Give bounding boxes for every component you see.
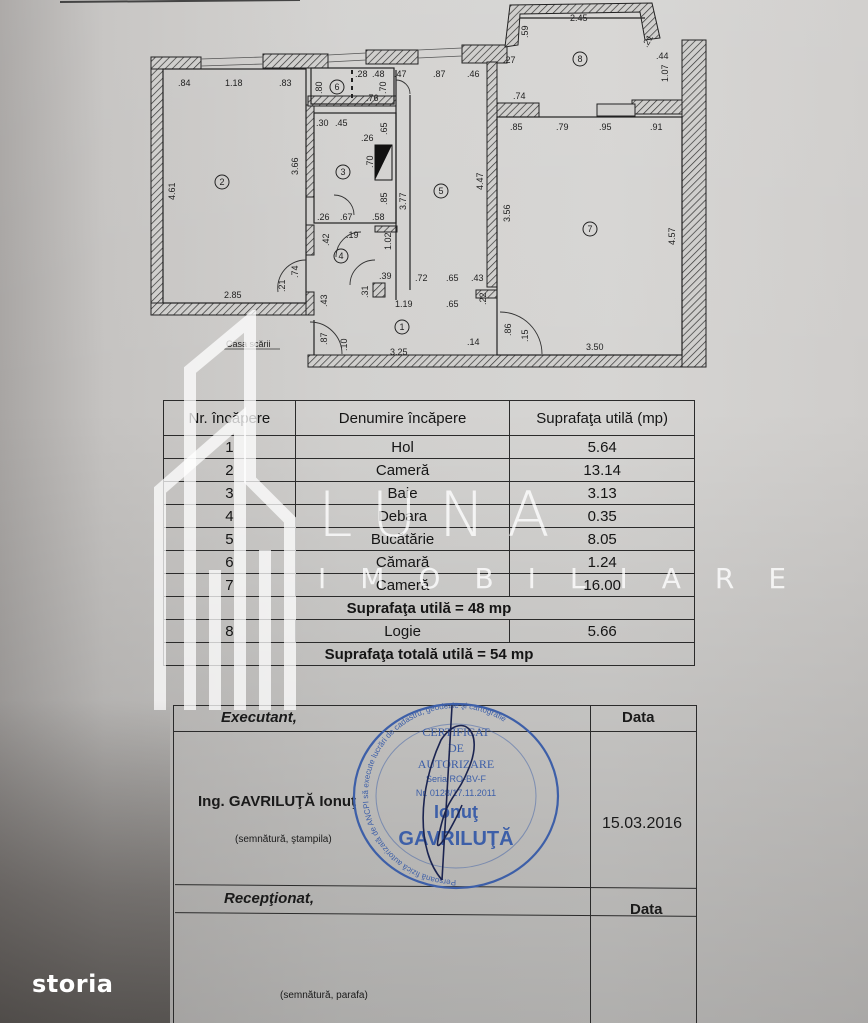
svg-text:1.18: 1.18	[225, 78, 243, 88]
svg-text:.79: .79	[556, 122, 569, 132]
room-1-label: 1	[399, 322, 404, 332]
svg-text:.21: .21	[277, 279, 287, 292]
svg-text:.39: .39	[379, 271, 392, 281]
svg-text:.87: .87	[433, 69, 446, 79]
svg-text:2.45: 2.45	[570, 13, 588, 23]
svg-text:.80: .80	[314, 81, 324, 94]
room-2-label: 2	[219, 177, 224, 187]
svg-text:3.77: 3.77	[398, 192, 408, 210]
room-4-label: 4	[338, 251, 343, 261]
svg-text:.65: .65	[446, 299, 459, 309]
svg-text:.14: .14	[467, 337, 480, 347]
svg-text:4.57: 4.57	[667, 227, 677, 245]
svg-text:.87: .87	[319, 332, 329, 345]
svg-text:.72: .72	[415, 273, 428, 283]
date-label-2: Data	[630, 901, 663, 918]
executant-note: (semnătură, ştampila)	[235, 834, 332, 845]
svg-text:.26: .26	[361, 133, 374, 143]
receptionat-label: Recepţionat,	[224, 890, 314, 907]
svg-text:3.25: 3.25	[390, 347, 408, 357]
date-label: Data	[622, 709, 655, 726]
room-3-label: 3	[340, 167, 345, 177]
header-area: Suprafaţa utilă (mp)	[510, 401, 695, 436]
svg-text:Seria RO-BV-F: Seria RO-BV-F	[426, 774, 487, 784]
svg-text:.83: .83	[279, 78, 292, 88]
svg-text:1.02: 1.02	[383, 232, 393, 250]
svg-text:.85: .85	[510, 122, 523, 132]
official-stamp: Persoană fizică autorizată de ANCPI să e…	[346, 700, 566, 896]
svg-text:AUTORIZARE: AUTORIZARE	[418, 757, 494, 771]
room-area-cell: 5.64	[510, 436, 695, 459]
svg-text:.27: .27	[503, 55, 516, 65]
room-8-label: 8	[577, 54, 582, 64]
svg-text:.95: .95	[599, 122, 612, 132]
svg-text:.42: .42	[321, 233, 331, 246]
floor-plan: 2 3 4 5 6 7 8 1 .84 1.18 .83 4.61 3.66 2…	[0, 0, 868, 400]
svg-text:.46: .46	[467, 69, 480, 79]
room-name-cell: Hol	[295, 436, 510, 459]
room-6-label: 6	[334, 82, 339, 92]
receptionat-note: (semnătură, parafa)	[280, 990, 368, 1001]
svg-text:.76: .76	[366, 93, 379, 103]
svg-text:.74: .74	[290, 265, 300, 278]
svg-text:.31: .31	[360, 285, 370, 298]
storia-logo: storia	[32, 970, 114, 998]
svg-text:2.85: 2.85	[224, 290, 242, 300]
svg-text:.86: .86	[503, 323, 513, 336]
svg-text:.65: .65	[379, 122, 389, 135]
svg-text:3.66: 3.66	[290, 157, 300, 175]
room-5-label: 5	[438, 186, 443, 196]
svg-text:.28: .28	[355, 69, 368, 79]
svg-text:4.61: 4.61	[167, 182, 177, 200]
svg-text:1.07: 1.07	[660, 64, 670, 82]
svg-text:.26: .26	[317, 212, 330, 222]
svg-text:.70: .70	[378, 81, 388, 94]
svg-text:.30: .30	[316, 118, 329, 128]
svg-text:.10: .10	[339, 338, 349, 351]
svg-text:.70: .70	[365, 155, 375, 168]
svg-text:.84: .84	[178, 78, 191, 88]
svg-text:.91: .91	[650, 122, 663, 132]
svg-text:3.56: 3.56	[502, 204, 512, 222]
room-7-label: 7	[587, 224, 592, 234]
svg-text:.15: .15	[520, 329, 530, 342]
svg-text:.43: .43	[319, 294, 329, 307]
svg-text:.48: .48	[372, 69, 385, 79]
date-value: 15.03.2016	[602, 815, 682, 833]
svg-text:.44: .44	[656, 51, 669, 61]
svg-text:.59: .59	[520, 25, 530, 38]
svg-text:.65: .65	[446, 273, 459, 283]
svg-text:.22: .22	[478, 292, 488, 305]
svg-text:.58: .58	[372, 212, 385, 222]
svg-text:1.19: 1.19	[395, 299, 413, 309]
svg-text:.45: .45	[335, 118, 348, 128]
svg-text:.43: .43	[471, 273, 484, 283]
svg-text:.74: .74	[513, 91, 526, 101]
watermark-brand: LUNA	[318, 478, 572, 551]
svg-text:.67: .67	[340, 212, 353, 222]
luna-logo-icon	[150, 310, 310, 720]
svg-text:GAVRILUŢĂ: GAVRILUŢĂ	[398, 827, 513, 850]
executant-name: Ing. GAVRILUŢĂ Ionuţ	[198, 793, 356, 810]
svg-text:.85: .85	[379, 192, 389, 205]
svg-text:4.47: 4.47	[475, 172, 485, 190]
svg-text:3.50: 3.50	[586, 342, 604, 352]
svg-text:.19: .19	[346, 230, 359, 240]
watermark-subtitle: IMOBILIARE	[318, 562, 820, 595]
header-room-name: Denumire încăpere	[295, 401, 510, 436]
svg-text:.47: .47	[394, 69, 407, 79]
